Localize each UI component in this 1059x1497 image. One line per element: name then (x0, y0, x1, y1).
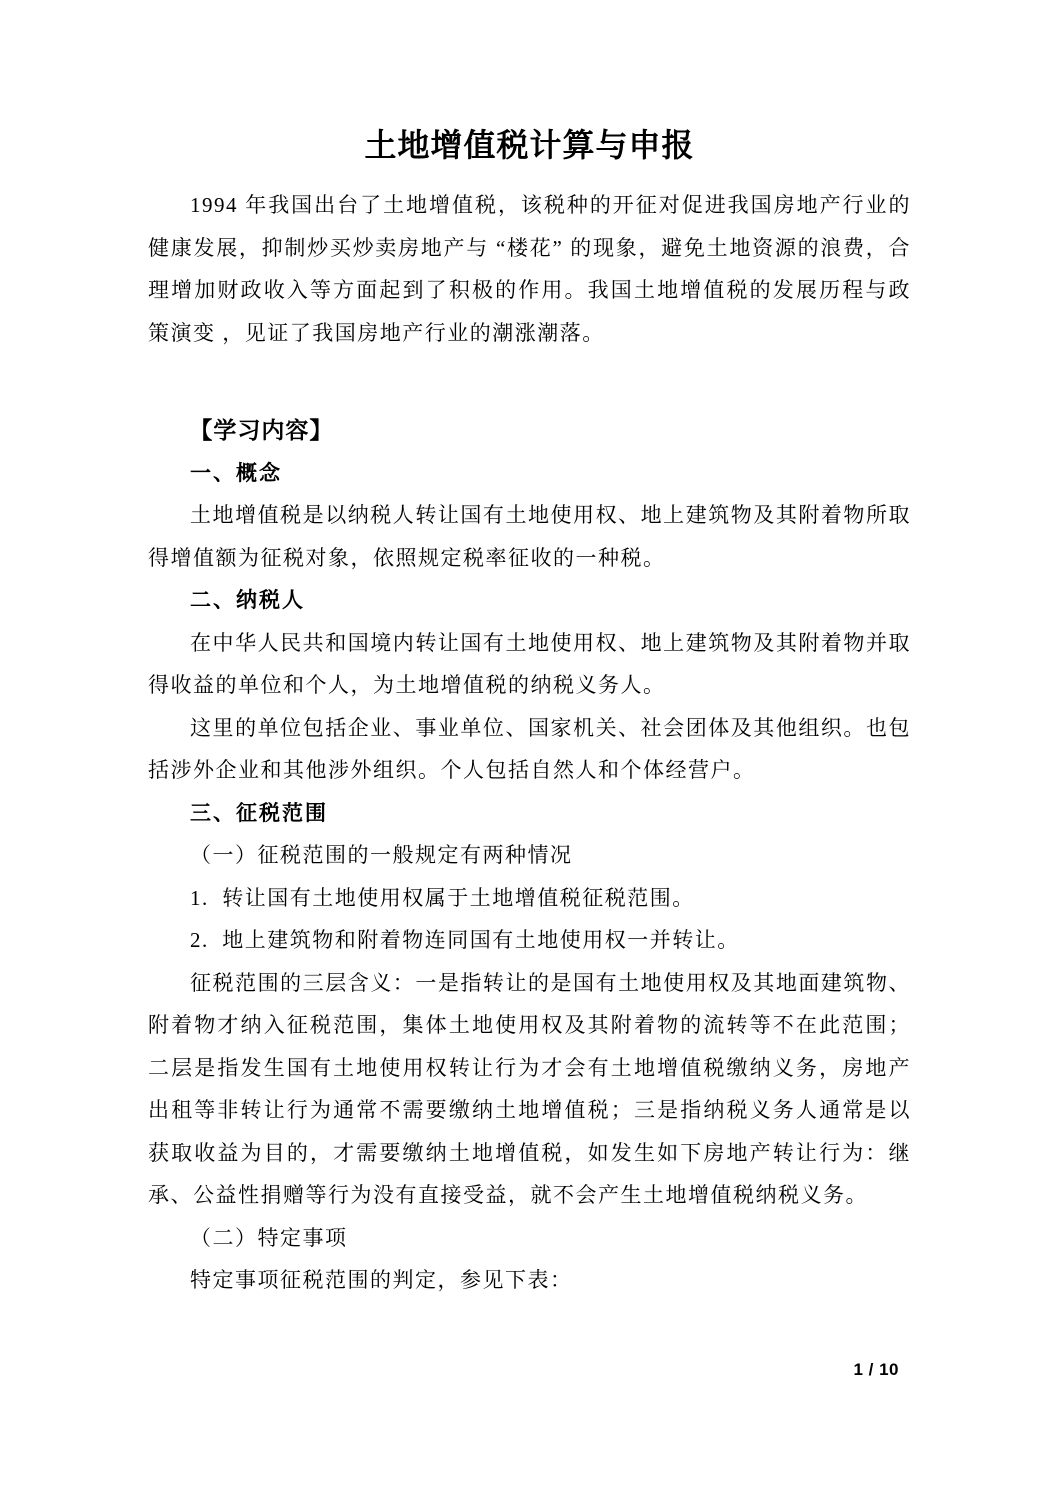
subheading-general-rules: （一）征税范围的一般规定有两种情况 (148, 834, 911, 877)
paragraph-taxpayer-units: 这里的单位包括企业、事业单位、国家机关、社会团体及其他组织。也包括涉外企业和其他… (148, 707, 911, 792)
document-title: 土地增值税计算与申报 (148, 120, 911, 170)
list-item-1: 1. 转让国有土地使用权属于土地增值税征税范围。 (148, 877, 911, 920)
page-number: 1 / 10 (853, 1358, 899, 1382)
intro-paragraph: 1994 年我国出台了土地增值税，该税种的开征对促进我国房地产行业的健康发展，抑… (148, 184, 911, 354)
paragraph-taxpayer-definition: 在中华人民共和国境内转让国有土地使用权、地上建筑物及其附着物并取得收益的单位和个… (148, 622, 911, 707)
paragraph-see-table-below: 特定事项征税范围的判定，参见下表： (148, 1259, 911, 1302)
heading-concept: 一、概念 (148, 452, 911, 495)
heading-tax-scope: 三、征税范围 (148, 792, 911, 835)
paragraph-three-meanings: 征税范围的三层含义：一是指转让的是国有土地使用权及其地面建筑物、附着物才纳入征税… (148, 962, 911, 1217)
document-page: 土地增值税计算与申报 1994 年我国出台了土地增值税，该税种的开征对促进我国房… (0, 0, 1059, 1497)
document-content: 土地增值税计算与申报 1994 年我国出台了土地增值税，该税种的开征对促进我国房… (0, 0, 1059, 1302)
section-header-learning-content: 【学习内容】 (148, 409, 911, 452)
list-item-2: 2. 地上建筑物和附着物连同国有土地使用权一并转让。 (148, 919, 911, 962)
heading-taxpayer: 二、纳税人 (148, 579, 911, 622)
subheading-special-items: （二）特定事项 (148, 1217, 911, 1260)
paragraph-concept-definition: 土地增值税是以纳税人转让国有土地使用权、地上建筑物及其附着物所取得增值额为征税对… (148, 494, 911, 579)
